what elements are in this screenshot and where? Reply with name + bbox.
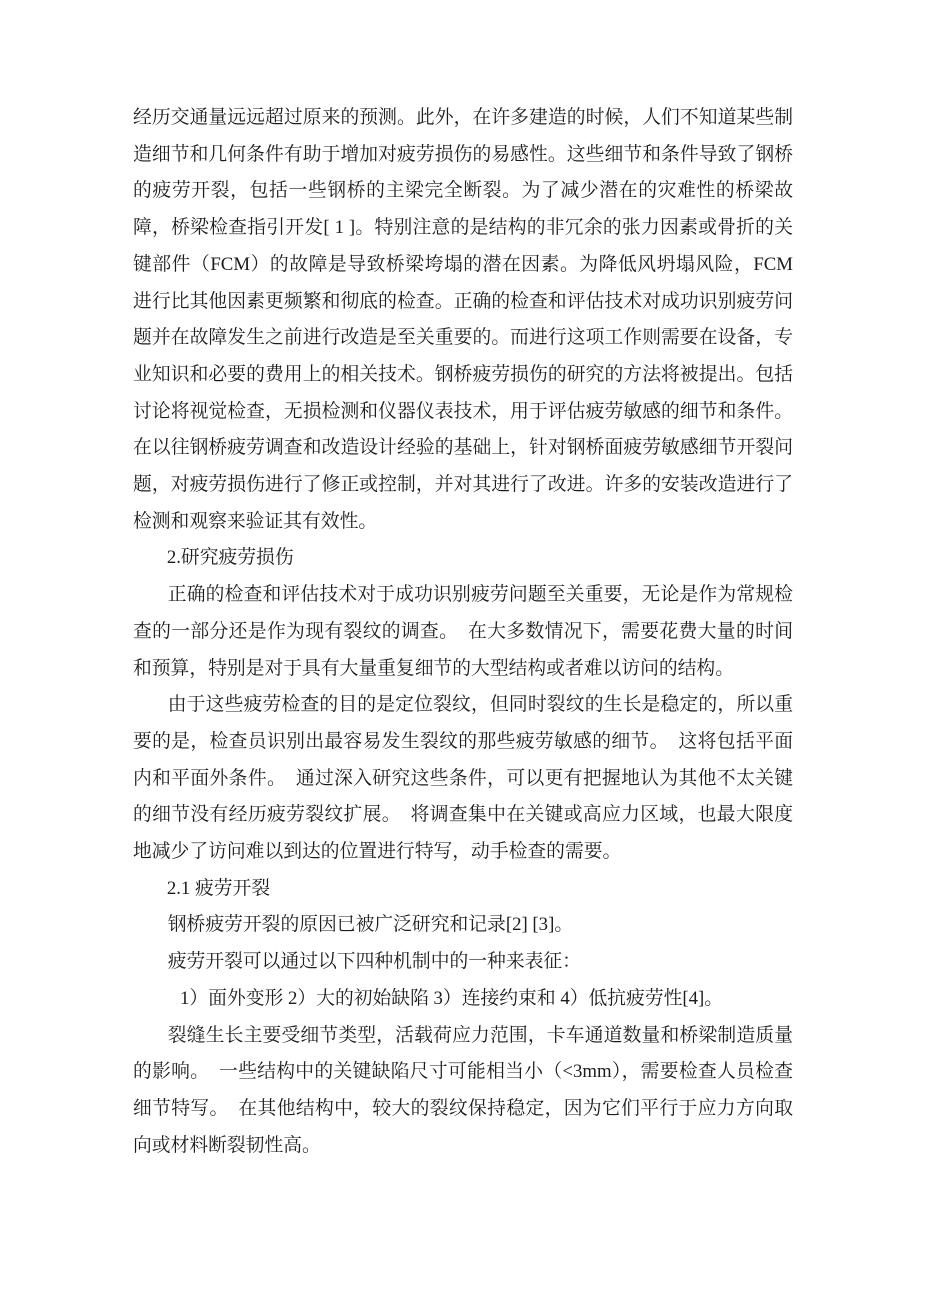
body-paragraph-four-mechanisms-intro: 疲劳开裂可以通过以下四种机制中的一种来表征：: [133, 944, 793, 981]
body-paragraph-crack-growth-factors: 裂缝生长主要受细节类型，活载荷应力范围，卡车通道数量和桥梁制造质量的影响。 一些…: [133, 1018, 793, 1165]
document-page: 经历交通量远远超过原来的预测。此外，在许多建造的时候，人们不知道某些制造细节和几…: [0, 0, 926, 1309]
body-line-four-mechanisms-list: 1）面外变形 2）大的初始缺陷 3）连接约束和 4）低抗疲劳性[4]。: [133, 981, 793, 1018]
body-paragraph-crack-location: 由于这些疲劳检查的目的是定位裂纹，但同时裂纹的生长是稳定的，所以重要的是，检查员…: [133, 687, 793, 871]
body-paragraph-inspection-techniques: 正确的检查和评估技术对于成功识别疲劳问题至关重要，无论是作为常规检查的一部分还是…: [133, 577, 793, 687]
section-heading-2-research-fatigue-damage: 2.研究疲劳损伤: [133, 540, 793, 577]
section-heading-2-1-fatigue-cracking: 2.1 疲劳开裂: [133, 871, 793, 908]
document-body: 经历交通量远远超过原来的预测。此外，在许多建造的时候，人们不知道某些制造细节和几…: [133, 100, 793, 1164]
body-paragraph-cracking-causes: 钢桥疲劳开裂的原因已被广泛研究和记录[2] [3]。: [133, 907, 793, 944]
body-paragraph-intro-continuation: 经历交通量远远超过原来的预测。此外，在许多建造的时候，人们不知道某些制造细节和几…: [133, 100, 793, 540]
